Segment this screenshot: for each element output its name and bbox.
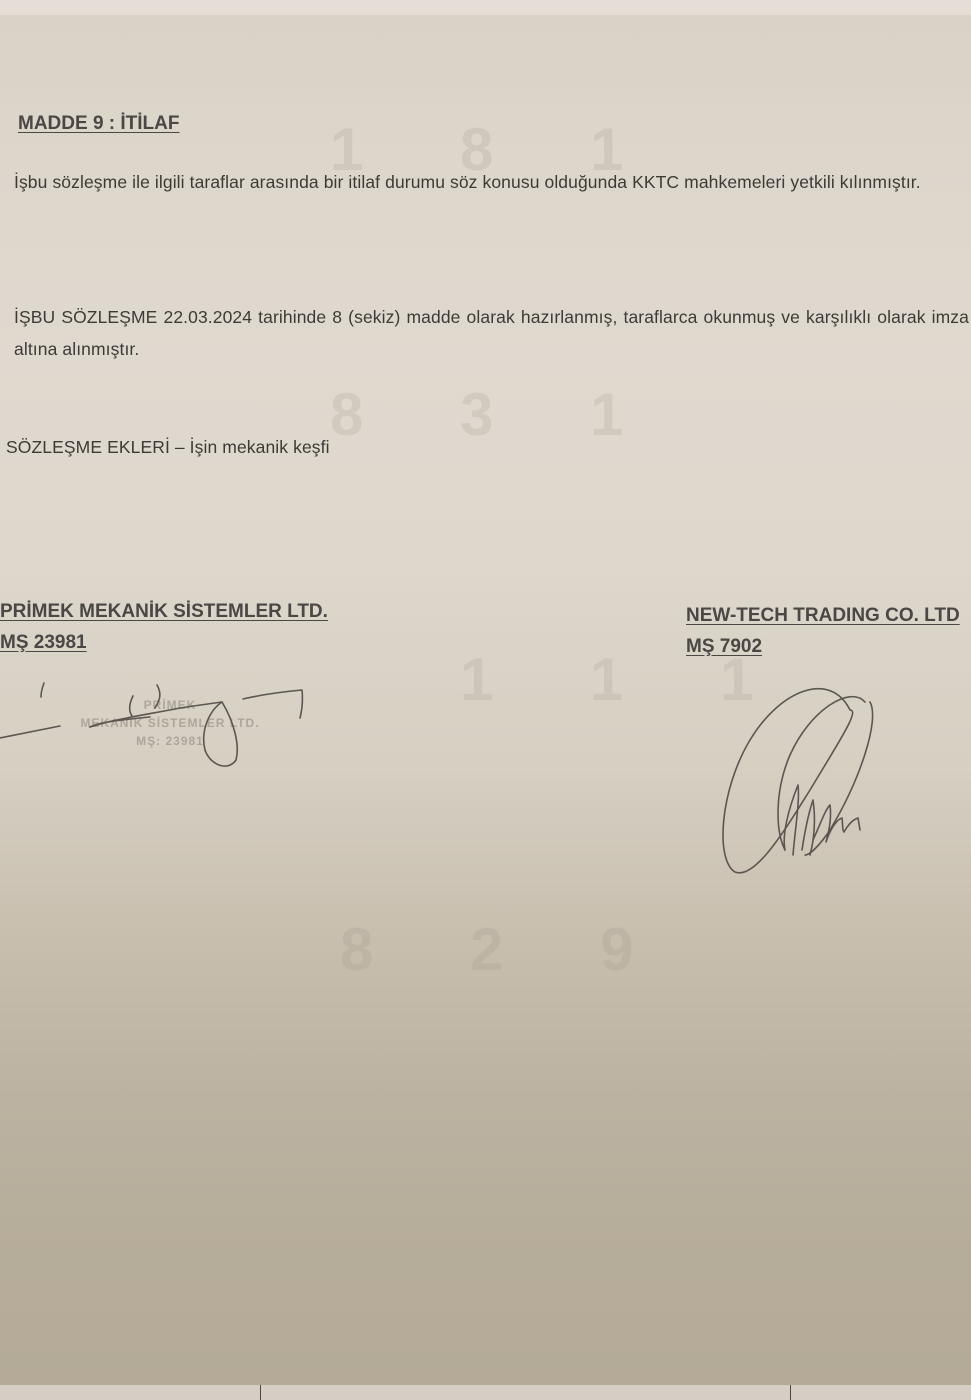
bleed-through-marks: 8 3 1	[330, 380, 663, 449]
article-heading: MADDE 9 : İTİLAF	[18, 113, 180, 135]
bleed-through-marks: 8 2 9	[340, 915, 673, 984]
next-page-edge-mark	[790, 1385, 791, 1400]
party-2-signature	[710, 660, 910, 890]
scan-bottom-edge	[0, 1385, 971, 1400]
annexes-line: SÖZLEŞME EKLERİ – İşin mekanik keşfi	[6, 437, 330, 458]
party-1-signature	[0, 650, 340, 780]
next-page-edge-mark	[260, 1385, 261, 1400]
article-body: İşbu sözleşme ile ilgili taraflar arasın…	[14, 166, 969, 198]
closing-statement: İŞBU SÖZLEŞME 22.03.2024 tarihinde 8 (se…	[14, 301, 969, 365]
party-2-registration: MŞ 7902	[686, 636, 762, 658]
party-2-company-name: NEW-TECH TRADING CO. LTD	[686, 605, 960, 627]
party-1-company-name: PRİMEK MEKANİK SİSTEMLER LTD.	[0, 601, 328, 623]
scan-top-edge	[0, 0, 971, 15]
